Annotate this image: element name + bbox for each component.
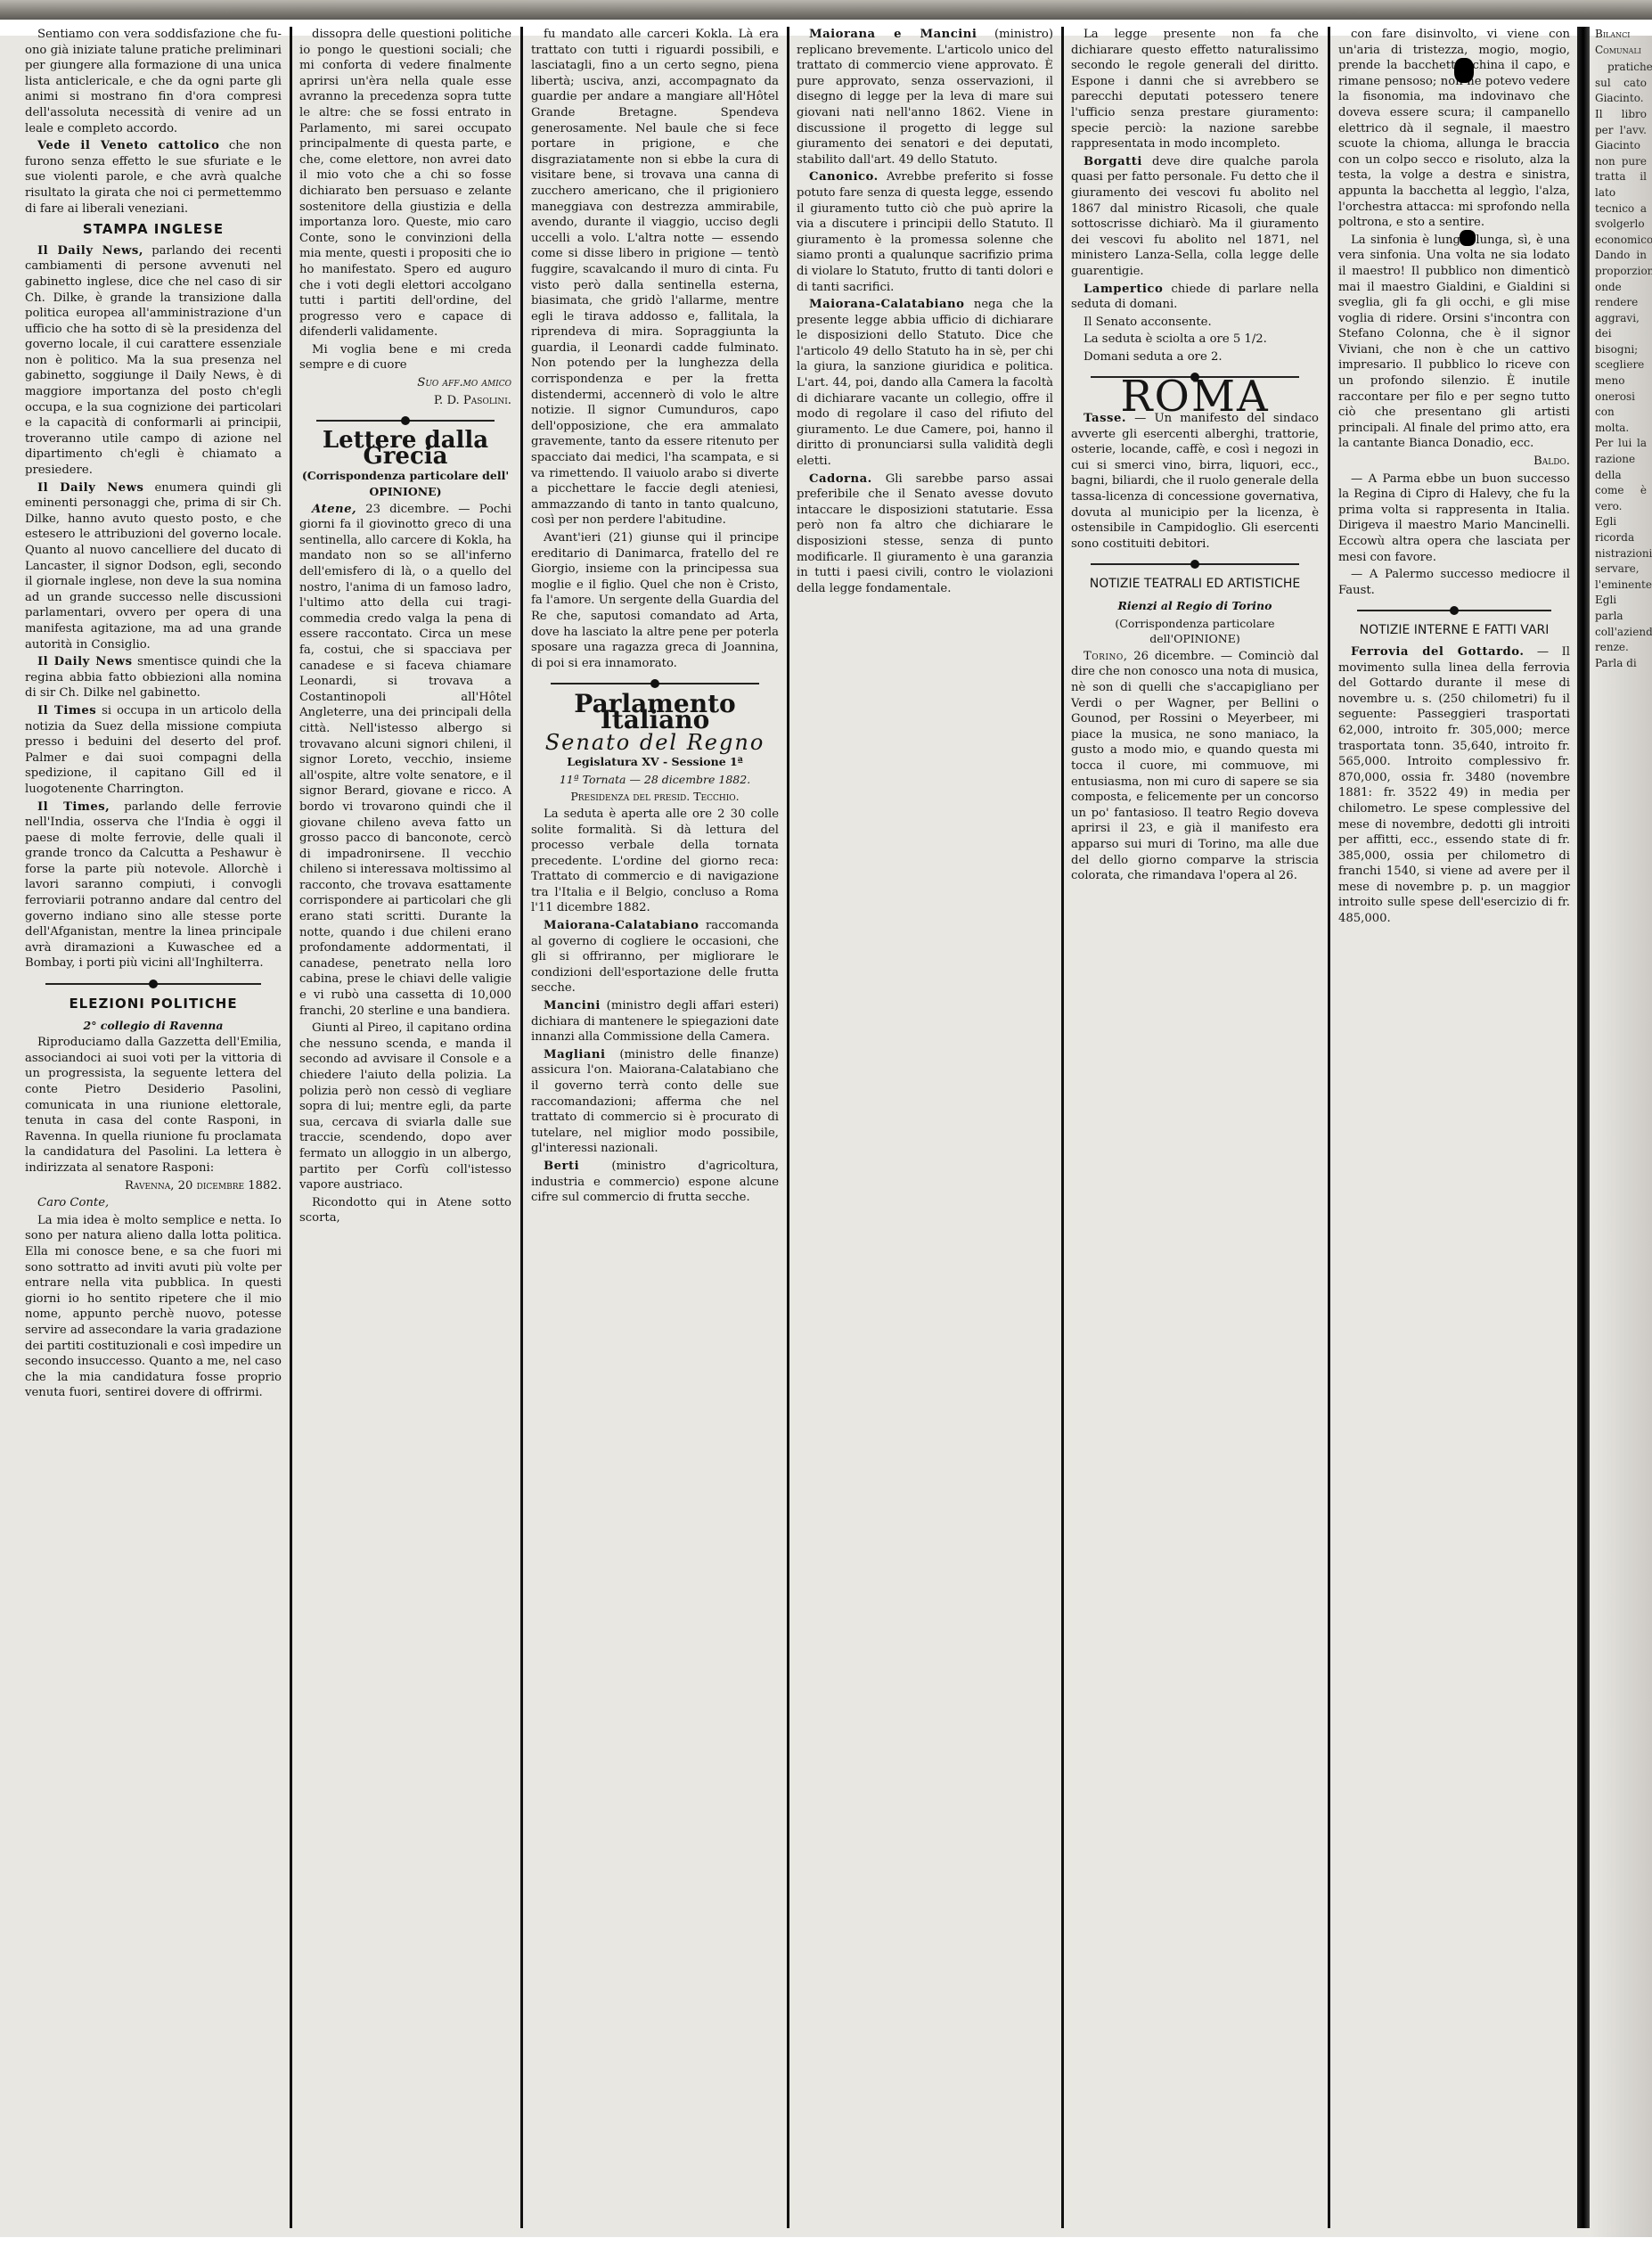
- tornata: 11ª Tornata — 28 dicembre 1882.: [531, 772, 779, 788]
- paragraph: Tasse. — Un manifesto del sindaco avvert…: [1071, 411, 1319, 552]
- paragraph: Avant'ieri (21) giunse qui il principe e…: [531, 530, 779, 671]
- paragraph: Berti (ministro d'agricoltura, industria…: [531, 1159, 779, 1206]
- subheading-corrispondenza: (Corrispondenza particolare dell'OPINION…: [1071, 616, 1319, 647]
- ink-blot: [1460, 230, 1476, 246]
- headline-notizie-interne: NOTIZIE INTERNE E FATTI VARI: [1338, 623, 1570, 639]
- paragraph: Riproduciamo dalla Gazzetta dell'Emilia,…: [25, 1035, 282, 1176]
- paragraph: dissopra delle questioni politiche io po…: [299, 27, 511, 340]
- column-rule: [1328, 27, 1330, 2228]
- ornament-divider: [25, 979, 282, 989]
- headline-notizie-teatrali: NOTIZIE TEATRALI ED ARTISTICHE: [1071, 577, 1319, 593]
- paragraph: con fare disinvolto, vi viene con un'ari…: [1338, 27, 1570, 231]
- paragraph: La legge presente non fa che dichiarare …: [1071, 27, 1319, 152]
- paragraph: Domani seduta a ore 2.: [1071, 349, 1319, 365]
- page-top-edge: [0, 0, 1652, 20]
- column-6: con fare disinvolto, vi viene con un'ari…: [1333, 27, 1575, 2228]
- paragraph: La seduta è aperta alle ore 2 30 colle s…: [531, 807, 779, 916]
- heading-bilanci: Bilanci Comunali: [1595, 27, 1647, 58]
- ink-blot: [1454, 58, 1474, 83]
- paragraph: Atene, 23 dicembre. — Pochi giorni fa il…: [299, 502, 511, 1020]
- closing: Mi voglia bene e mi creda sempre e di cu…: [299, 342, 511, 373]
- ornament-divider: [1071, 372, 1319, 382]
- section-heading-elezioni: ELEZIONI POLITICHE: [25, 996, 282, 1012]
- headline-parlamento: Parlamento Italiano: [531, 696, 779, 727]
- subheading-rienzi: Rienzi al Regio di Torino: [1071, 598, 1319, 614]
- paragraph: — A Parma ebbe un buon successo la Regin…: [1338, 471, 1570, 566]
- paragraph: Il Daily News smentisce quindi che la re…: [25, 654, 282, 701]
- column-5: La legge presente non fa che dichiarare …: [1066, 27, 1324, 2228]
- legislatura: Legislatura XV - Sessione 1ª: [531, 754, 779, 770]
- paragraph: Ferrovia del Gottardo. — Il movimento su…: [1338, 644, 1570, 927]
- paragraph: Il Times si occupa in un articolo della …: [25, 703, 282, 798]
- headline-lettere-grecia: Lettere dalla Grecia: [299, 433, 511, 464]
- column-rule: [1061, 27, 1064, 2228]
- lead-veneto: Vede il Veneto cattolico: [37, 139, 219, 152]
- paragraph: Canonico. Avrebbe preferito si fosse pot…: [797, 169, 1053, 295]
- paragraph: La seduta è sciolta a ore 5 1/2.: [1071, 332, 1319, 348]
- paragraph: Cadorna. Gli sarebbe parso assai preferi…: [797, 471, 1053, 597]
- ornament-divider: [1071, 559, 1319, 570]
- paragraph: Borgatti deve dire qualche parola quasi …: [1071, 154, 1319, 280]
- paragraph: pratiche sul cato Giacinto. Il libro per…: [1595, 60, 1647, 671]
- paragraph: Ricondotto qui in Atene sotto scorta,: [299, 1195, 511, 1226]
- column-1: Sentiamo con vera soddisfazione che fu-o…: [20, 27, 287, 2228]
- column-7-partial: Bilanci Comunali pratiche sul cato Giaci…: [1590, 27, 1652, 2228]
- ornament-divider: [1338, 605, 1570, 616]
- column-rule: [520, 27, 523, 2228]
- subheading-collegio: 2° collegio di Ravenna: [25, 1018, 282, 1034]
- ornament-divider: [531, 678, 779, 689]
- paragraph: Il Daily News enumera quindi gli eminent…: [25, 480, 282, 653]
- paragraph: Torino, 26 dicembre. — Cominciò dal dire…: [1071, 649, 1319, 884]
- paragraph: Sentiamo con vera soddisfazione che fu-o…: [25, 27, 282, 136]
- paragraph: Maiorana-Calatabiano nega che la present…: [797, 297, 1053, 470]
- paragraph: Maiorana e Mancini (ministro) replicano …: [797, 27, 1053, 168]
- paragraph: fu mandato alle carceri Kokla. Là era tr…: [531, 27, 779, 529]
- closing-2: Suo aff.mo amico: [299, 375, 511, 391]
- ornament-divider: [299, 415, 511, 426]
- paragraph: Maiorana-Calatabiano raccomanda al gover…: [531, 918, 779, 996]
- section-heading-stampa-inglese: STAMPA INGLESE: [25, 222, 282, 238]
- paragraph: La sinfonia è lunga, lunga, sì, è una ve…: [1338, 233, 1570, 452]
- signature: P. D. Pasolini.: [299, 393, 511, 409]
- column-4: Maiorana e Mancini (ministro) replicano …: [791, 27, 1059, 2228]
- paragraph: Mancini (ministro degli affari esteri) d…: [531, 998, 779, 1045]
- headline-roma: ROMA: [1071, 389, 1319, 406]
- salutation: Caro Conte,: [25, 1195, 282, 1211]
- paragraph: Giunti al Pireo, il capitano ordina che …: [299, 1021, 511, 1193]
- paragraph: Magliani (ministro delle finanze) assicu…: [531, 1047, 779, 1157]
- paragraph: Il Times, parlando delle ferrovie nell'I…: [25, 799, 282, 972]
- paragraph: La mia idea è molto semplice e netta. Io…: [25, 1213, 282, 1401]
- paragraph: Vede il Veneto cattolico che non furono …: [25, 138, 282, 217]
- paragraph: Il Senato acconsente.: [1071, 315, 1319, 331]
- column-rule: [787, 27, 789, 2228]
- paragraph: Lampertico chiede di parlare nella sedut…: [1071, 282, 1319, 313]
- headline-senato: Senato del Regno: [531, 735, 779, 751]
- presidenza: Presidenza del presid. Tecchio.: [531, 789, 779, 805]
- column-3: fu mandato alle carceri Kokla. Là era tr…: [526, 27, 784, 2228]
- paragraph: Il Daily News, parlando dei recenti camb…: [25, 243, 282, 479]
- page-gutter: [1577, 27, 1590, 2228]
- signature: Baldo.: [1338, 454, 1570, 470]
- dateline: Ravenna, 20 dicembre 1882.: [25, 1178, 282, 1194]
- column-rule: [290, 27, 292, 2228]
- paragraph: — A Palermo successo mediocre il Faust.: [1338, 567, 1570, 598]
- subheading-corrispondenza: (Corrispondenza particolare dell' OPINIO…: [299, 468, 511, 499]
- column-2: dissopra delle questioni politiche io po…: [294, 27, 517, 2228]
